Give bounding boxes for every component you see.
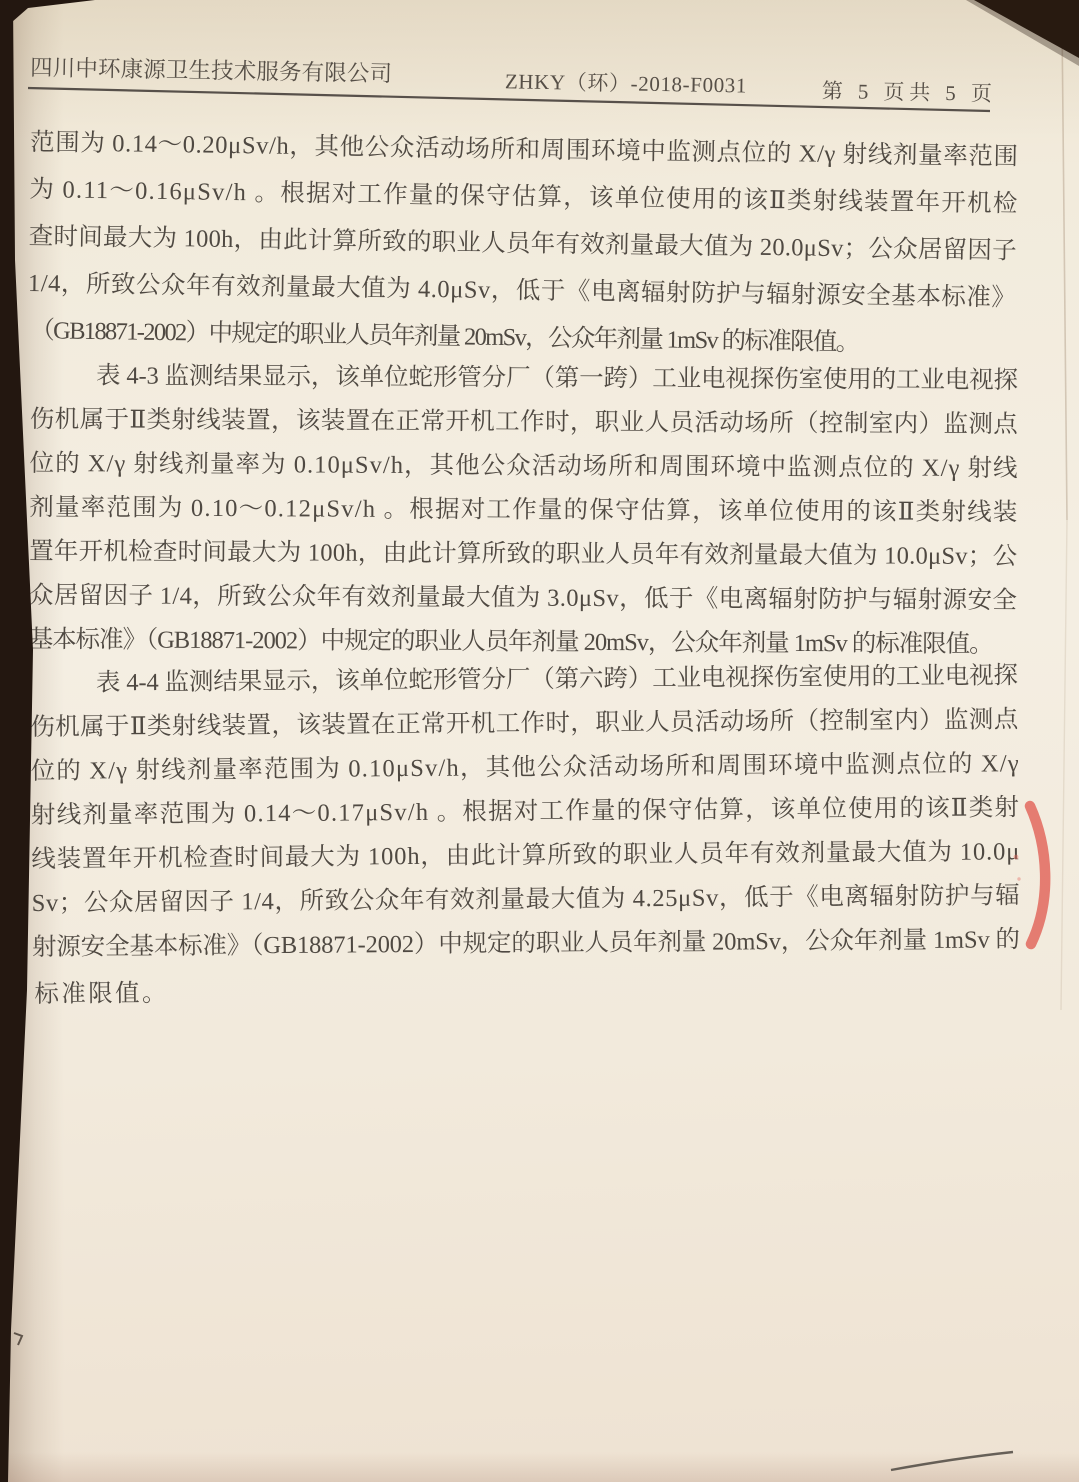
p2-line-6: 众居留因子 1/4，所致公众年有效剂量最大值为 3.0μSv，低于《电离辐射防护…: [29, 581, 1017, 614]
paragraph-3: 表 4-4 监测结果显示，该单位蛇形管分厂（第六跨）工业电视探伤室使用的工业电视…: [30, 661, 1021, 1008]
red-stamp-arc: [1030, 806, 1045, 944]
p2-line-7: 基本标准》（GB18871-2002）中规定的职业人员年剂量 20mSv，公众年…: [29, 625, 994, 658]
p1-line-5: （GB18871-2002）中规定的职业人员年剂量 20mSv，公众年剂量 1m…: [30, 316, 860, 356]
paper-bottom-shadow: [0, 1452, 1079, 1482]
paragraph-1: 范围为 0.14～0.20μSv/h，其他公众活动场所和周围环境中监测点位的 X…: [27, 128, 1018, 359]
red-stamp-speck: [1017, 877, 1020, 880]
p3-line-2: 伤机属于Ⅱ类射线装置，该装置在正常开机工作时，职业人员活动场所（控制室内）监测点: [30, 705, 1019, 741]
p3-line-8: 标准限值。: [34, 979, 166, 1008]
p3-line-7: 射源安全基本标准》（GB18871-2002）中规定的职业人员年剂量 20mSv…: [32, 925, 1020, 961]
p2-line-5: 置年开机检查时间最大为 100h，由此计算所致的职业人员年有效剂量最大值为 10…: [29, 537, 1017, 570]
p1-line-4: 1/4，所致公众年有效剂量最大值为 4.0μSv，低于《电离辐射防护与辐射源安全…: [28, 269, 1016, 312]
document-number: ZHKY（环）-2018-F0031: [505, 69, 747, 97]
p3-line-3: 位的 X/γ 射线剂量率范围为 0.10μSv/h，其他公众活动场所和周围环境中…: [31, 749, 1019, 785]
p3-line-4: 射线剂量率范围为 0.14～0.17μSv/h 。根据对工作量的保守估算，该单位…: [31, 793, 1019, 829]
p3-line-1: 表 4-4 监测结果显示，该单位蛇形管分厂（第六跨）工业电视探伤室使用的工业电视…: [96, 661, 1018, 696]
scanned-document-photo: 四川中环康源卫生技术服务有限公司 ZHKY（环）-2018-F0031 第 5 …: [0, 0, 1079, 1482]
paper-crease: [1061, 520, 1067, 1010]
p2-line-2: 伤机属于Ⅱ类射线装置，该装置在正常开机工作时，职业人员活动场所（控制室内）监测点: [30, 405, 1019, 438]
p2-line-3: 位的 X/γ 射线剂量率为 0.10μSv/h，其他公众活动场所和周围环境中监测…: [30, 449, 1018, 482]
p1-line-2: 为 0.11～0.16μSv/h 。根据对工作量的保守估算，该单位使用的该Ⅱ类射…: [29, 175, 1017, 218]
p1-line-3: 查时间最大为 100h，由此计算所致的职业人员年有效剂量最大值为 20.0μSv…: [29, 222, 1017, 265]
p3-line-5: 线装置年开机检查时间最大为 100h，由此计算所致的职业人员年有效剂量最大值为 …: [31, 837, 1019, 873]
p2-line-4: 剂量率范围为 0.10～0.12μSv/h 。根据对工作量的保守估算，该单位使用…: [29, 493, 1017, 526]
p2-line-1: 表 4-3 监测结果显示，该单位蛇形管分厂（第一跨）工业电视探伤室使用的工业电视…: [96, 361, 1018, 394]
page-canvas: 四川中环康源卫生技术服务有限公司 ZHKY（环）-2018-F0031 第 5 …: [0, 0, 1079, 1482]
paragraph-2: 表 4-3 监测结果显示，该单位蛇形管分厂（第一跨）工业电视探伤室使用的工业电视…: [29, 361, 1019, 658]
p3-line-6: Sv；公众居留因子 1/4，所致公众年有效剂量最大值为 4.25μSv，低于《电…: [32, 881, 1020, 917]
red-stamp-speck: [1014, 855, 1019, 860]
